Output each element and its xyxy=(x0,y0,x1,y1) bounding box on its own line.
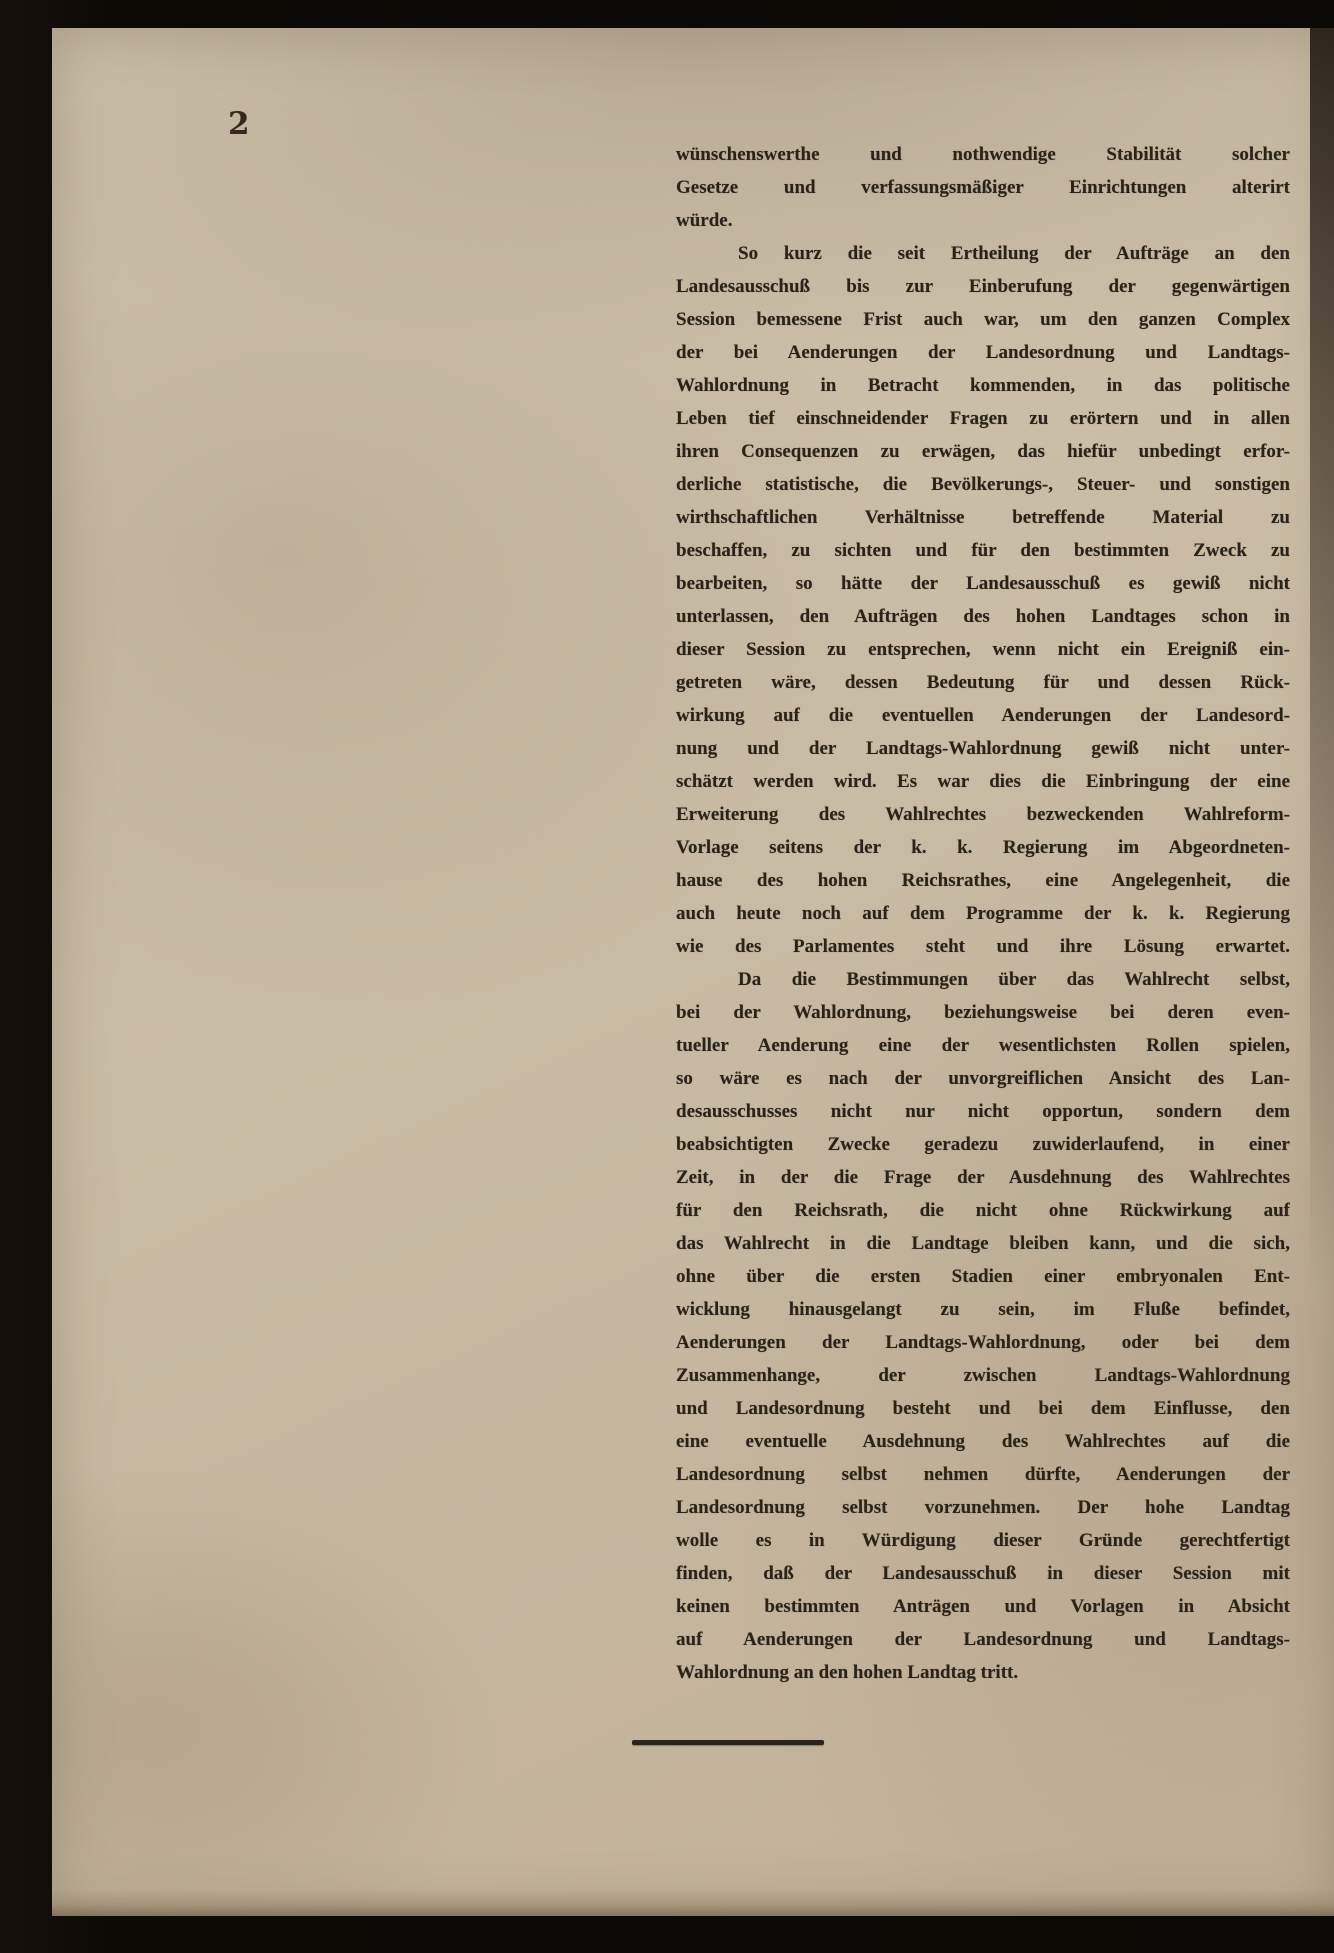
text-line: keinen bestimmten Anträgen und Vorlagen … xyxy=(676,1590,1290,1623)
text-line: ihren Consequenzen zu erwägen, das hiefü… xyxy=(676,435,1290,468)
text-line: wicklung hinausgelangt zu sein, im Fluße… xyxy=(676,1293,1290,1326)
text-line: bei der Wahlordnung, beziehungsweise bei… xyxy=(676,996,1290,1029)
text-line: Zeit, in der die Frage der Ausdehnung de… xyxy=(676,1161,1290,1194)
text-line: Erweiterung des Wahlrechtes bezweckenden… xyxy=(676,798,1290,831)
text-line: beschaffen, zu sichten und für den besti… xyxy=(676,534,1290,567)
text-line: und Landesordnung besteht und bei dem Ei… xyxy=(676,1392,1290,1425)
text-line: So kurz die seit Ertheilung der Aufträge… xyxy=(676,237,1290,270)
text-line: Landesordnung selbst nehmen dürfte, Aend… xyxy=(676,1458,1290,1491)
text-line: dieser Session zu entsprechen, wenn nich… xyxy=(676,633,1290,666)
text-line: wie des Parlamentes steht und ihre Lösun… xyxy=(676,930,1290,963)
paragraph-1: wünschenswerthe und nothwendige Stabilit… xyxy=(676,138,1290,237)
text-line: wirkung auf die eventuellen Aenderungen … xyxy=(676,699,1290,732)
text-line: unterlassen, den Aufträgen des hohen Lan… xyxy=(676,600,1290,633)
text-line: ohne über die ersten Stadien einer embry… xyxy=(676,1260,1290,1293)
text-line: so wäre es nach der unvorgreiflichen Ans… xyxy=(676,1062,1290,1095)
text-line: der bei Aenderungen der Landesordnung un… xyxy=(676,336,1290,369)
text-line: schätzt werden wird. Es war dies die Ein… xyxy=(676,765,1290,798)
body-text: wünschenswerthe und nothwendige Stabilit… xyxy=(676,138,1290,1689)
text-line: eine eventuelle Ausdehnung des Wahlrecht… xyxy=(676,1425,1290,1458)
section-divider-rule xyxy=(632,1740,824,1745)
text-line: finden, daß der Landesausschuß in dieser… xyxy=(676,1557,1290,1590)
text-line: auch heute noch auf dem Programme der k.… xyxy=(676,897,1290,930)
text-line: bearbeiten, so hätte der Landesausschuß … xyxy=(676,567,1290,600)
page-number: 2 xyxy=(228,106,250,142)
text-line: desausschusses nicht nur nicht opportun,… xyxy=(676,1095,1290,1128)
text-line: Da die Bestimmungen über das Wahlrecht s… xyxy=(676,963,1290,996)
text-line: wirthschaftlichen Verhältnisse betreffen… xyxy=(676,501,1290,534)
text-line: nung und der Landtags-Wahlordnung gewiß … xyxy=(676,732,1290,765)
text-line: Zusammenhange, der zwischen Landtags-Wah… xyxy=(676,1359,1290,1392)
text-line: Aenderungen der Landtags-Wahlordnung, od… xyxy=(676,1326,1290,1359)
text-line: würde. xyxy=(676,204,1290,237)
document-page: 2 wünschenswerthe und nothwendige Stabil… xyxy=(52,28,1334,1916)
page-edge-shadow-right xyxy=(1310,28,1334,1288)
text-line: Landesausschuß bis zur Einberufung der g… xyxy=(676,270,1290,303)
text-line: Wahlordnung an den hohen Landtag tritt. xyxy=(676,1656,1290,1689)
text-line: tueller Aenderung eine der wesentlichste… xyxy=(676,1029,1290,1062)
text-line: auf Aenderungen der Landesordnung und La… xyxy=(676,1623,1290,1656)
text-line: Leben tief einschneidender Fragen zu erö… xyxy=(676,402,1290,435)
page-edge-shadow-bottom xyxy=(52,1890,1334,1916)
text-line: hause des hohen Reichsrathes, eine Angel… xyxy=(676,864,1290,897)
text-line: getreten wäre, dessen Bedeutung für und … xyxy=(676,666,1290,699)
text-line: Session bemessene Frist auch war, um den… xyxy=(676,303,1290,336)
text-line: Gesetze und verfassungsmäßiger Einrichtu… xyxy=(676,171,1290,204)
text-line: beabsichtigten Zwecke geradezu zuwiderla… xyxy=(676,1128,1290,1161)
text-line: Landesordnung selbst vorzunehmen. Der ho… xyxy=(676,1491,1290,1524)
text-line: wolle es in Würdigung dieser Gründe gere… xyxy=(676,1524,1290,1557)
text-line: das Wahlrecht in die Landtage bleiben ka… xyxy=(676,1227,1290,1260)
text-line: Vorlage seitens der k. k. Regierung im A… xyxy=(676,831,1290,864)
text-line: wünschenswerthe und nothwendige Stabilit… xyxy=(676,138,1290,171)
text-line: Wahlordnung in Betracht kommenden, in da… xyxy=(676,369,1290,402)
paragraph-2: So kurz die seit Ertheilung der Aufträge… xyxy=(676,237,1290,963)
text-line: derliche statistische, die Bevölkerungs-… xyxy=(676,468,1290,501)
text-line: für den Reichsrath, die nicht ohne Rückw… xyxy=(676,1194,1290,1227)
scan-background: 2 wünschenswerthe und nothwendige Stabil… xyxy=(0,0,1334,1953)
paragraph-3: Da die Bestimmungen über das Wahlrecht s… xyxy=(676,963,1290,1689)
